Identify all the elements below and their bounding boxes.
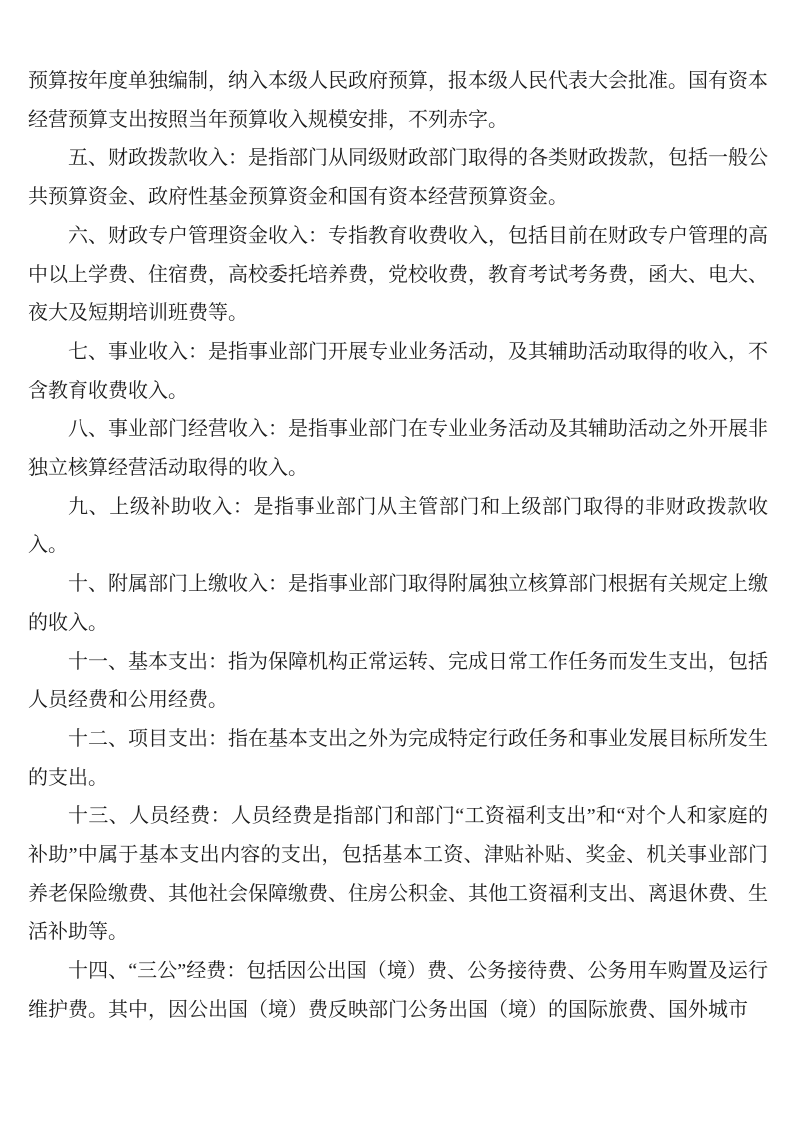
document-text: 预算按年度单独编制，纳入本级人民政府预算，报本级人民代表大会批准。国有资本经营预…	[28, 62, 768, 1030]
paragraph: 八、事业部门经营收入：是指事业部门在专业业务活动及其辅助活动之外开展非独立核算经…	[28, 410, 768, 487]
paragraph: 十、附属部门上缴收入：是指事业部门取得附属独立核算部门根据有关规定上缴的收入。	[28, 565, 768, 642]
paragraph: 预算按年度单独编制，纳入本级人民政府预算，报本级人民代表大会批准。国有资本经营预…	[28, 62, 768, 139]
document-page: 预算按年度单独编制，纳入本级人民政府预算，报本级人民代表大会批准。国有资本经营预…	[0, 0, 793, 1122]
paragraph: 六、财政专户管理资金收入：专指教育收费收入，包括目前在财政专户管理的高中以上学费…	[28, 217, 768, 333]
paragraph: 十四、“三公”经费：包括因公出国（境）费、公务接待费、公务用车购置及运行维护费。…	[28, 952, 768, 1029]
paragraph: 十三、人员经费：人员经费是指部门和部门“工资福利支出”和“对个人和家庭的补助”中…	[28, 797, 768, 952]
paragraph: 五、财政拨款收入：是指部门从同级财政部门取得的各类财政拨款，包括一般公共预算资金…	[28, 139, 768, 216]
paragraph: 十二、项目支出：指在基本支出之外为完成特定行政任务和事业发展目标所发生的支出。	[28, 720, 768, 797]
paragraph: 九、上级补助收入：是指事业部门从主管部门和上级部门取得的非财政拨款收入。	[28, 488, 768, 565]
paragraph: 七、事业收入：是指事业部门开展专业业务活动，及其辅助活动取得的收入，不含教育收费…	[28, 333, 768, 410]
paragraph: 十一、基本支出：指为保障机构正常运转、完成日常工作任务而发生支出，包括人员经费和…	[28, 643, 768, 720]
